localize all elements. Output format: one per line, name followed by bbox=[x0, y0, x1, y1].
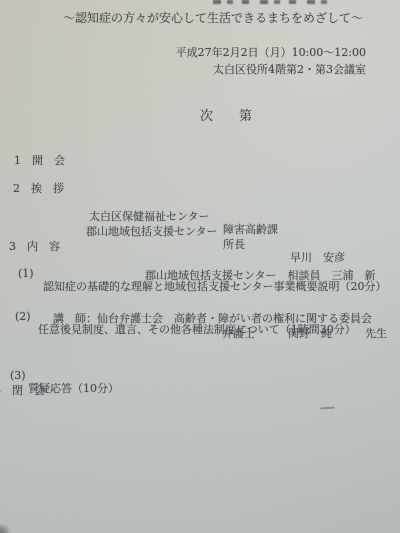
agenda-item-closing: 4 閉 会 bbox=[0, 384, 45, 397]
agenda-document-photo: ～認知症の方々が安心して生活できるまちをめざして～ 平成27年2月2日（月）10… bbox=[0, 0, 400, 533]
content-2-number: (2) bbox=[15, 310, 31, 323]
content-1-presenter: 郡山地域包括支援センター 相談員 三浦 新 bbox=[145, 269, 376, 282]
agenda-item-opening: 1 開 会 bbox=[14, 154, 65, 167]
content-1-number: (1) bbox=[18, 267, 34, 280]
greeting-org-2: 郡山地域包括支援センター bbox=[86, 225, 218, 238]
meeting-venue: 太白区役所4階第2・第3会議室 bbox=[0, 63, 366, 76]
content-3-number: (3) bbox=[10, 369, 26, 382]
content-2-lecturer: 講 師：仙台弁護士会 高齢者・障がい者の権利に関する委員会 bbox=[53, 312, 372, 325]
content-row-3: (3) 質疑応答（10分） bbox=[0, 356, 400, 408]
greeting-role-2: 所長 bbox=[223, 238, 245, 251]
agenda-heading: 次 第 bbox=[200, 110, 252, 123]
content-2-speaker: 弁護士 関野 純 先生 bbox=[222, 327, 387, 340]
agenda-item-contents: 3 内 容 bbox=[9, 240, 60, 253]
agenda-item-greeting: 2 挨 拶 bbox=[13, 182, 64, 195]
document-subtitle: ～認知症の方々が安心して生活できるまちをめざして～ bbox=[13, 12, 400, 25]
paper-smudge-mark bbox=[320, 407, 335, 410]
meeting-datetime: 平成27年2月2日（月）10:00～12:00 bbox=[0, 46, 366, 59]
clipped-title-fragment bbox=[213, 0, 335, 4]
